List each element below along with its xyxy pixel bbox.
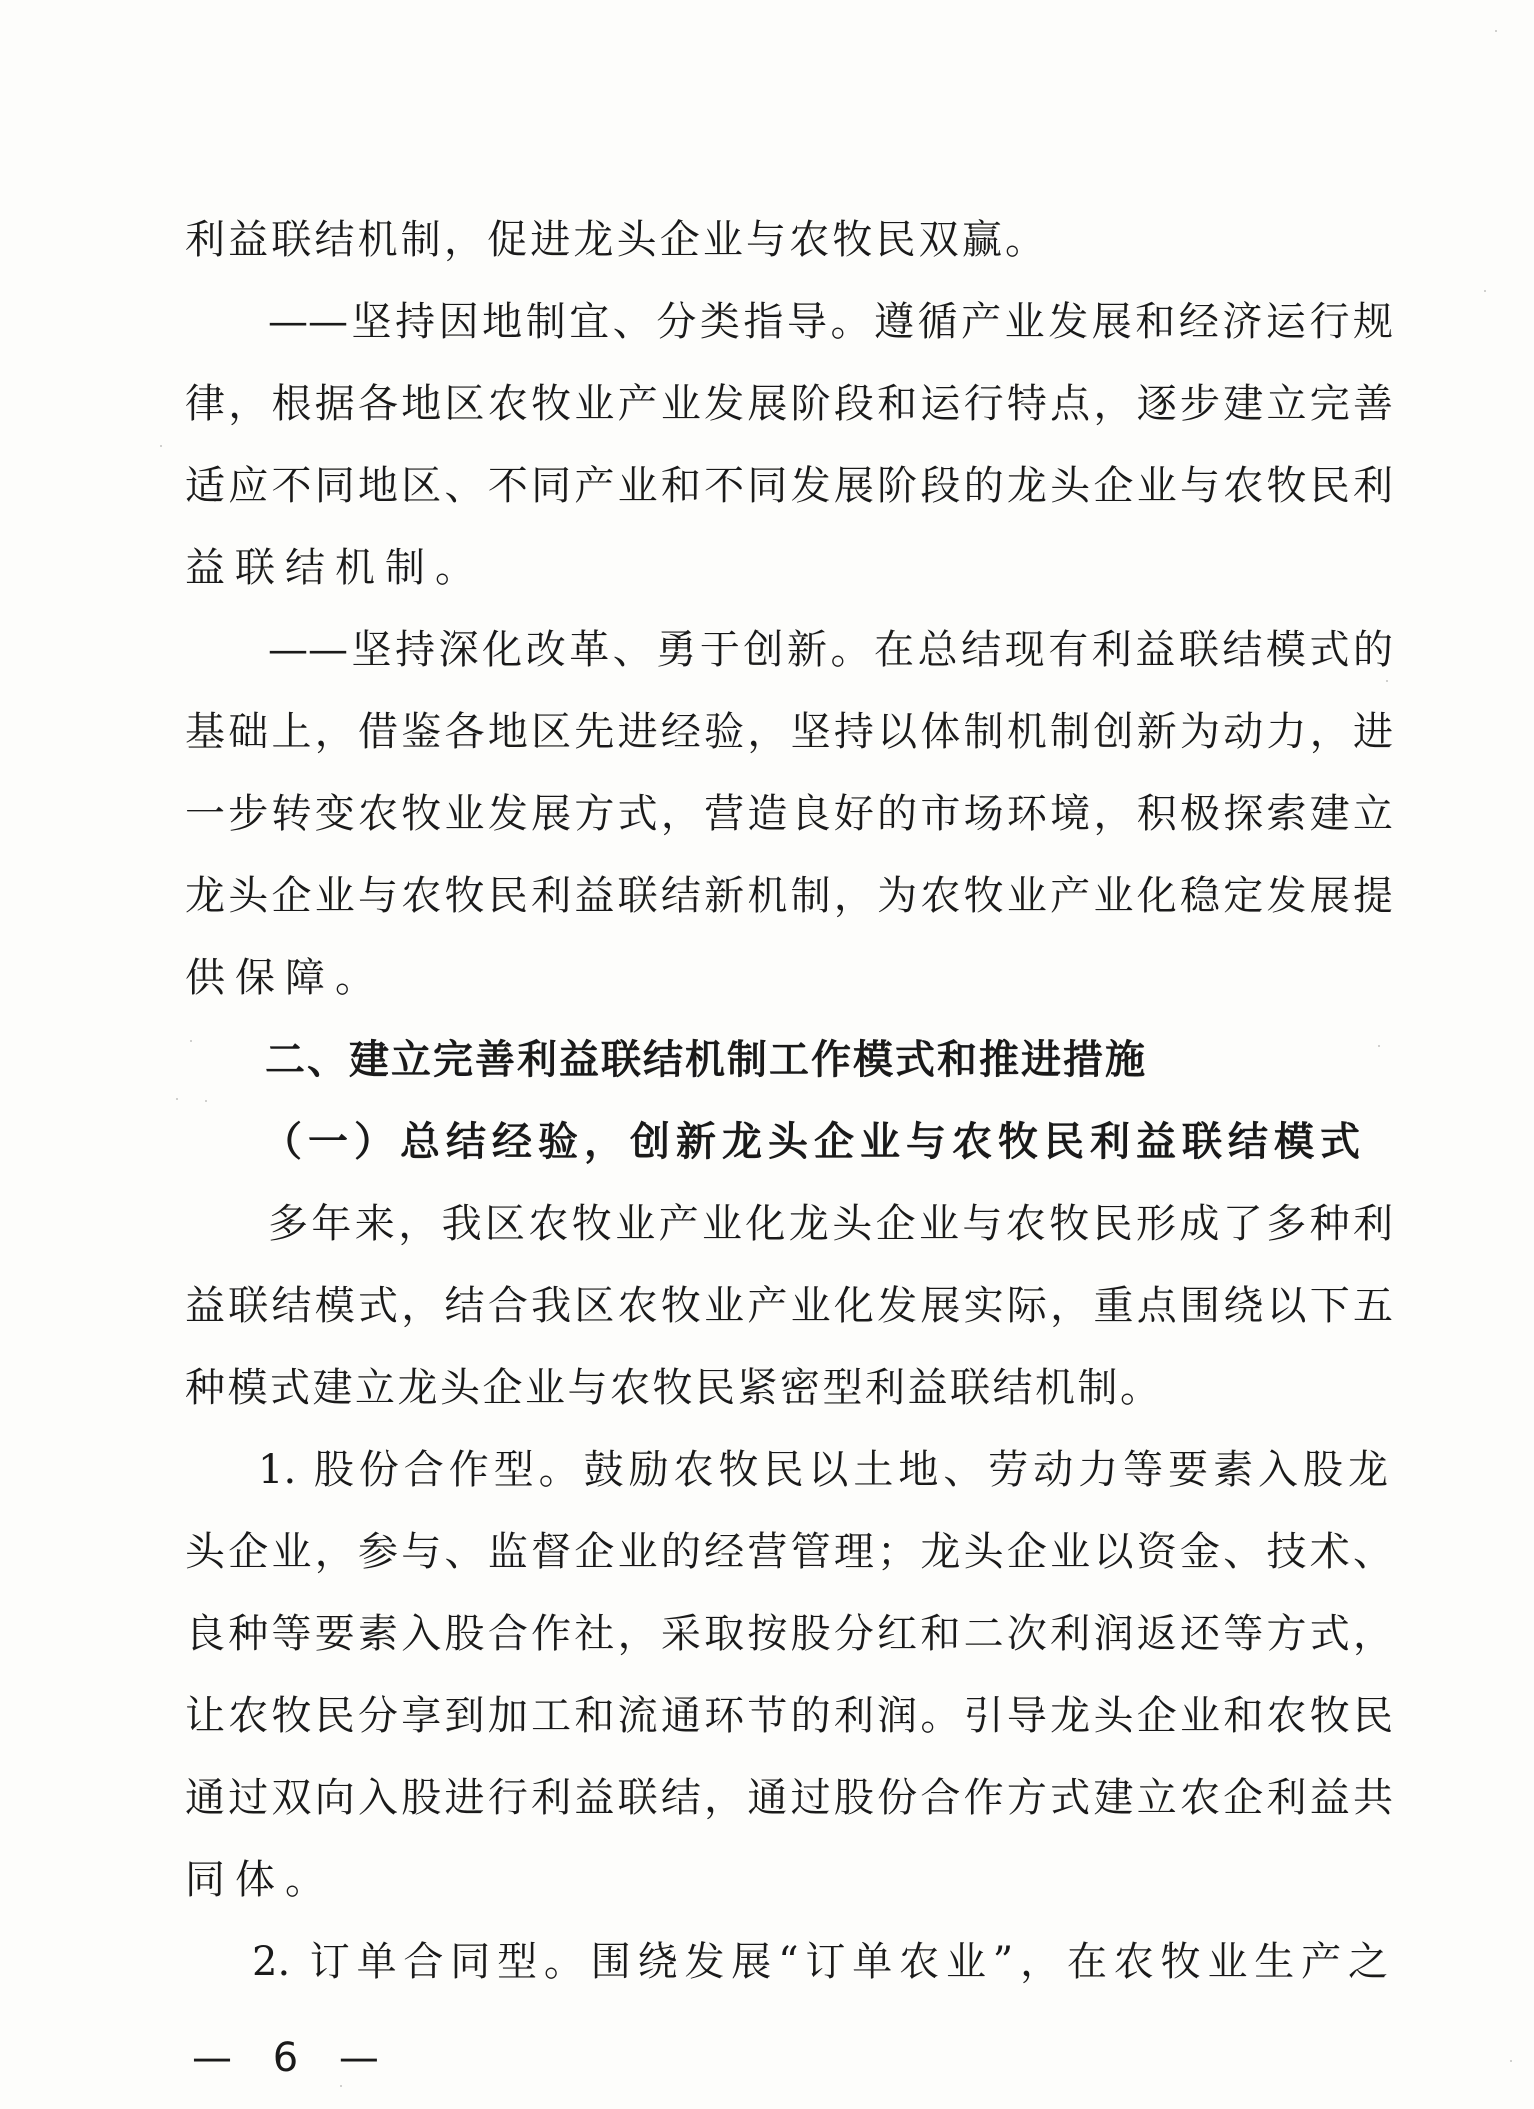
document-page: 利益联结机制，促进龙头企业与农牧民双赢。 ——坚持因地制宜、分类指导。遵循产业发… bbox=[0, 0, 1534, 2109]
text-line: 利益联结机制，促进龙头企业与农牧民双赢。 bbox=[185, 212, 1045, 268]
text-line: 龙头企业与农牧民利益联结新机制，为农牧业产业化稳定发展提 bbox=[185, 868, 1393, 924]
scan-speckle bbox=[1378, 1045, 1380, 1047]
text-line: ——坚持深化改革、勇于创新。在总结现有利益联结模式的 bbox=[268, 622, 1393, 678]
text-line: 适应不同地区、不同产业和不同发展阶段的龙头企业与农牧民利 bbox=[185, 458, 1393, 514]
text-line: 益联结模式，结合我区农牧业产业化发展实际，重点围绕以下五 bbox=[185, 1278, 1393, 1334]
text-line: 供保障。 bbox=[185, 950, 1393, 1006]
scan-speckle bbox=[1484, 290, 1486, 292]
page-number: — 6 — bbox=[192, 2030, 393, 2086]
text-line: 种模式建立龙头企业与农牧民紧密型利益联结机制。 bbox=[185, 1360, 1160, 1416]
scan-speckle bbox=[160, 445, 162, 447]
text-line: 通过双向入股进行利益联结，通过股份合作方式建立农企利益共 bbox=[185, 1770, 1393, 1826]
text-line: 1. 股份合作型。鼓励农牧民以土地、劳动力等要素入股龙 bbox=[258, 1442, 1388, 1498]
scan-speckle bbox=[176, 1098, 178, 1100]
text-line: ——坚持因地制宜、分类指导。遵循产业发展和经济运行规 bbox=[268, 294, 1393, 350]
scan-speckle bbox=[190, 1040, 192, 1042]
text-line: 益联结机制。 bbox=[185, 540, 1393, 596]
scan-speckle bbox=[1510, 2060, 1512, 2062]
text-line: 同体。 bbox=[185, 1852, 1393, 1908]
text-line: 良种等要素入股合作社，采取按股分红和二次利润返还等方式， bbox=[185, 1606, 1393, 1662]
text-line: 2. 订单合同型。围绕发展“订单农业”，在农牧业生产之 bbox=[252, 1934, 1388, 1990]
text-line: 头企业，参与、监督企业的经营管理；龙头企业以资金、技术、 bbox=[185, 1524, 1393, 1580]
text-line: 基础上，借鉴各地区先进经验，坚持以体制机制创新为动力，进 bbox=[185, 704, 1393, 760]
text-line: 律，根据各地区农牧业产业发展阶段和运行特点，逐步建立完善 bbox=[185, 376, 1393, 432]
text-line: 让农牧民分享到加工和流通环节的利润。引导龙头企业和农牧民 bbox=[185, 1688, 1393, 1744]
scan-speckle bbox=[1495, 30, 1497, 32]
section-heading: 二、建立完善利益联结机制工作模式和推进措施 bbox=[265, 1032, 1265, 1088]
subsection-heading: （一）总结经验，创新龙头企业与农牧民利益联结模式 bbox=[262, 1114, 1282, 1170]
text-line: 多年来，我区农牧业产业化龙头企业与农牧民形成了多种利 bbox=[268, 1196, 1393, 1252]
scan-speckle bbox=[1386, 680, 1388, 682]
scan-speckle bbox=[205, 1100, 207, 1102]
text-line: 一步转变农牧业发展方式，营造良好的市场环境，积极探索建立 bbox=[185, 786, 1393, 842]
